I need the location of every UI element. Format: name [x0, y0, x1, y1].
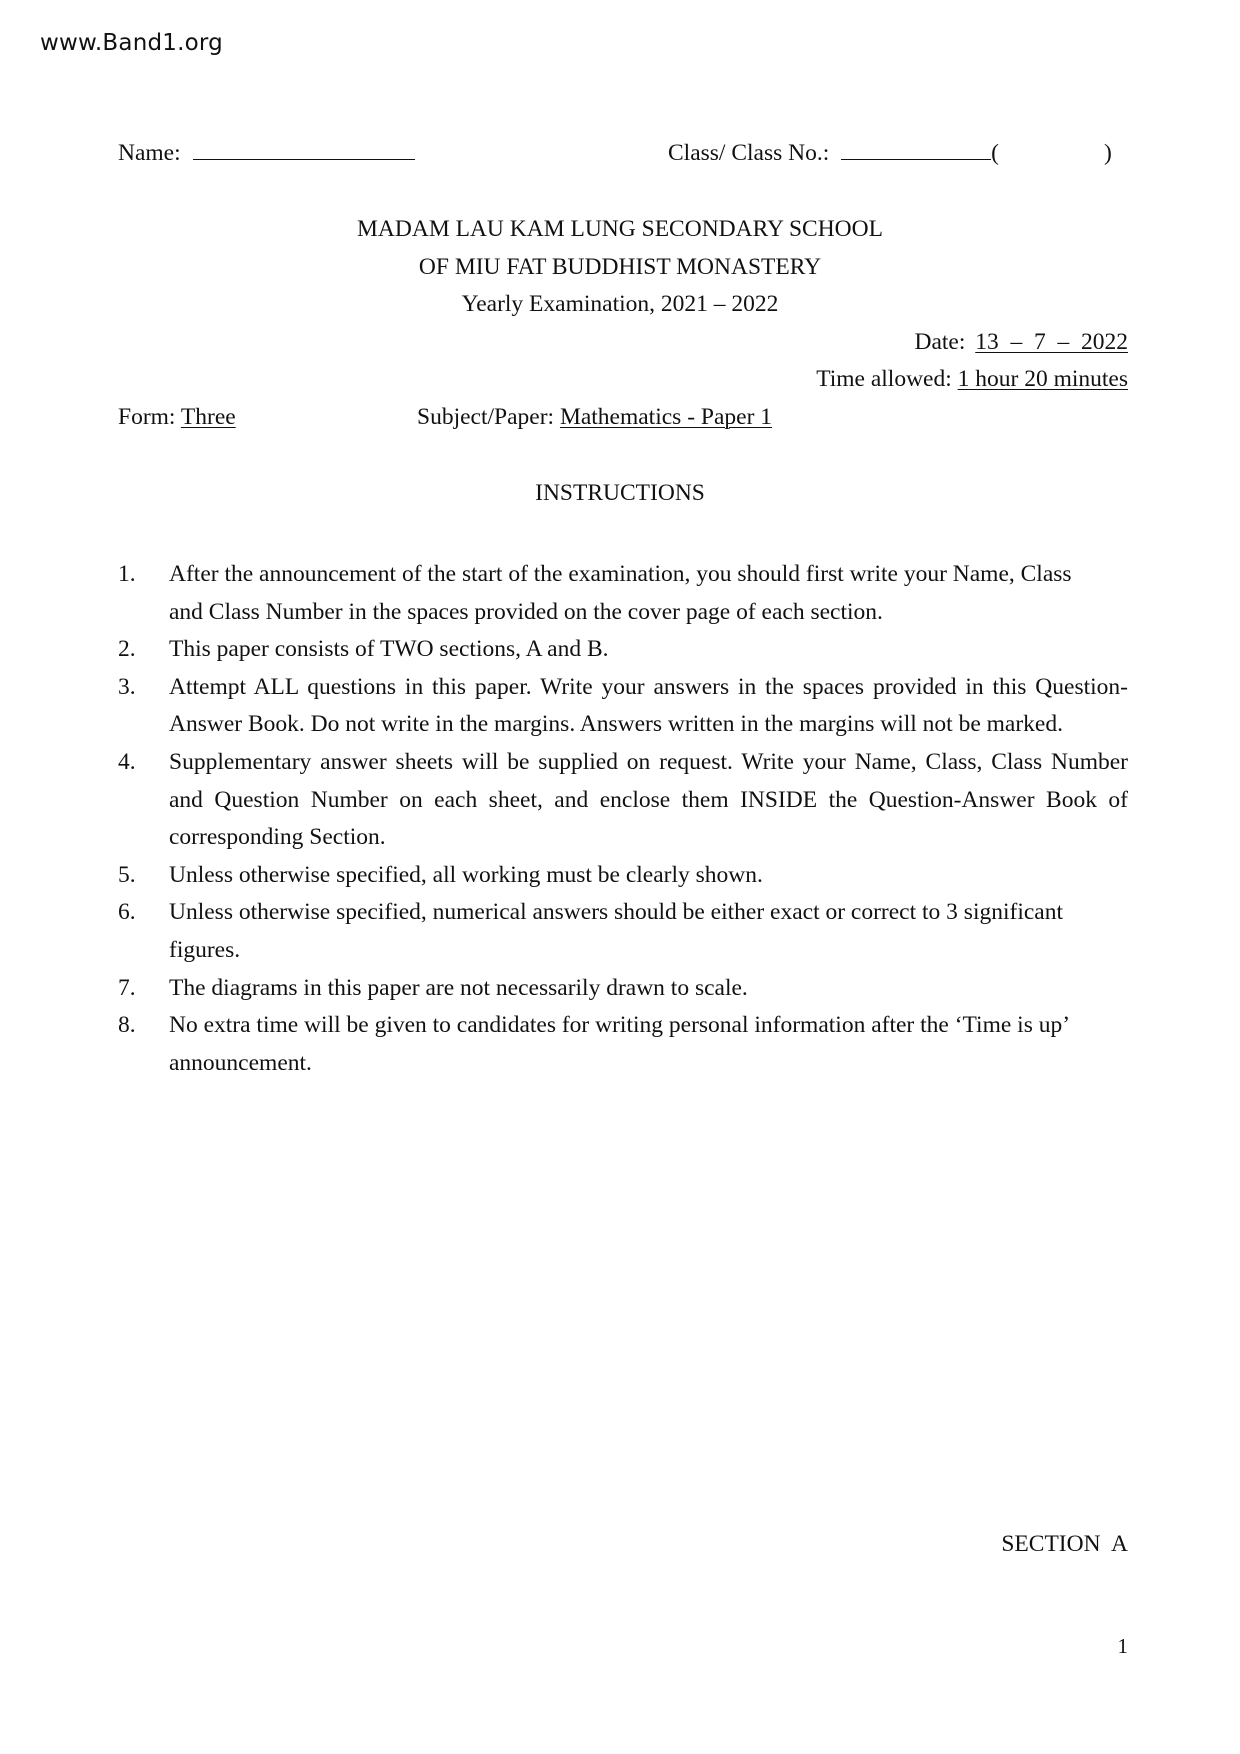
name-blank[interactable]	[193, 143, 415, 160]
date-value: 13 – 7 – 2022	[975, 329, 1128, 355]
instruction-text: This paper consists of TWO sections, A a…	[169, 636, 609, 662]
name-label: Name:	[118, 140, 181, 166]
instruction-item: 1. After the announcement of the start o…	[118, 556, 1128, 631]
instruction-text: The diagrams in this paper are not neces…	[169, 975, 748, 1001]
instruction-item: 6. Unless otherwise specified, numerical…	[118, 894, 1128, 969]
instruction-item: 3. Attempt ALL questions in this paper. …	[118, 669, 1128, 744]
instruction-number: 4.	[118, 744, 136, 782]
time-row: Time allowed: 1 hour 20 minutes	[816, 368, 1128, 392]
page-number: 1	[1118, 1636, 1129, 1657]
time-value: 1 hour 20 minutes	[958, 366, 1128, 392]
instruction-number: 2.	[118, 631, 136, 669]
instruction-text: No extra time will be given to candidate…	[169, 1007, 1128, 1082]
instructions-list: 1. After the announcement of the start o…	[118, 556, 1128, 1082]
instructions-title: INSTRUCTIONS	[0, 482, 1240, 506]
form-value: Three	[181, 404, 236, 430]
instruction-item: 2. This paper consists of TWO sections, …	[118, 631, 1128, 669]
instruction-item: 5. Unless otherwise specified, all worki…	[118, 857, 1128, 895]
school-name-line2: OF MIU FAT BUDDHIST MONASTERY	[0, 256, 1240, 280]
subject-value: Mathematics - Paper 1	[560, 404, 772, 430]
exam-title: Yearly Examination, 2021 – 2022	[0, 293, 1240, 317]
instruction-text: Supplementary answer sheets will be supp…	[169, 744, 1128, 857]
instruction-item: 4. Supplementary answer sheets will be s…	[118, 744, 1128, 857]
form-row: Form: Three	[118, 406, 236, 430]
instruction-item: 8. No extra time will be given to candid…	[118, 1007, 1128, 1082]
subject-label: Subject/Paper:	[417, 404, 554, 430]
section-label: SECTION A	[1001, 1533, 1128, 1557]
class-no-open-paren: (	[991, 140, 999, 166]
watermark-url: www.Band1.org	[40, 30, 223, 56]
instruction-number: 6.	[118, 894, 136, 932]
class-field: Class/ Class No.: (	[668, 142, 999, 166]
instruction-text: Attempt ALL questions in this paper. Wri…	[169, 669, 1128, 744]
instruction-number: 7.	[118, 970, 136, 1008]
instruction-number: 8.	[118, 1007, 136, 1045]
instruction-number: 3.	[118, 669, 136, 707]
name-field: Name:	[118, 142, 415, 166]
date-row: Date: 13 – 7 – 2022	[914, 331, 1128, 355]
instruction-item: 7. The diagrams in this paper are not ne…	[118, 970, 1128, 1008]
subject-row: Subject/Paper: Mathematics - Paper 1	[417, 406, 772, 430]
class-no-close-paren: )	[1104, 142, 1112, 166]
instruction-text: Unless otherwise specified, numerical an…	[169, 894, 1128, 969]
instruction-text: Unless otherwise specified, all working …	[169, 862, 763, 888]
class-blank[interactable]	[841, 143, 991, 160]
form-label: Form:	[118, 404, 175, 430]
instruction-number: 1.	[118, 556, 136, 594]
time-label: Time allowed:	[816, 366, 952, 392]
instruction-number: 5.	[118, 857, 136, 895]
class-label: Class/ Class No.:	[668, 140, 829, 166]
instruction-text: After the announcement of the start of t…	[169, 556, 1128, 631]
date-label: Date:	[914, 329, 965, 355]
school-name-line1: MADAM LAU KAM LUNG SECONDARY SCHOOL	[0, 218, 1240, 242]
